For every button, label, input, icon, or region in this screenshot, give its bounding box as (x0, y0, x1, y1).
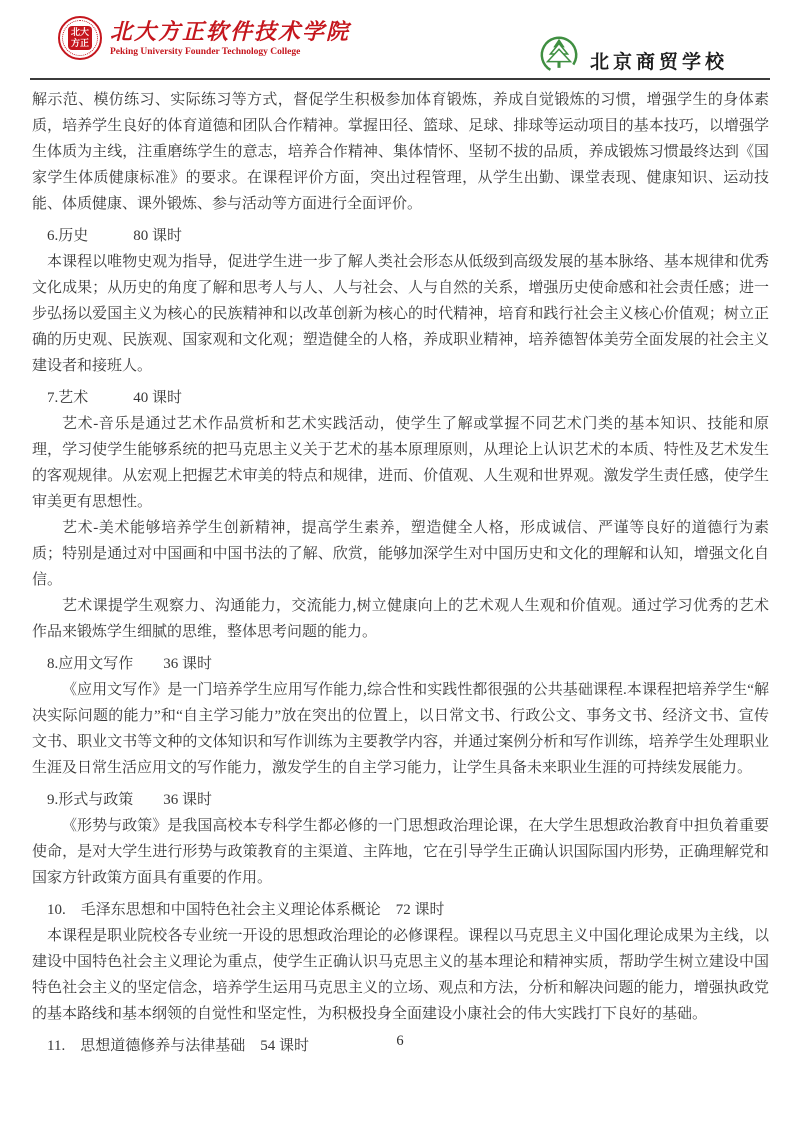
paragraph: 《应用文写作》是一门培养学生应用写作能力,综合性和实践性都很强的公共基础课程.本… (32, 677, 769, 781)
founder-seal-icon: 北大 方正 (58, 16, 102, 60)
header-divider (30, 78, 770, 80)
paragraph: 艺术课提学生观察力、沟通能力，交流能力,树立健康向上的艺术观人生观和价值观。通过… (32, 593, 769, 645)
letterhead: 北大 方正 北大方正软件技术学院 Peking University Found… (0, 0, 800, 84)
paragraph: 本课程是职业院校各专业统一开设的思想政治理论的必修课程。课程以马克思主义中国化理… (32, 923, 769, 1027)
paragraph: 艺术-美术能够培养学生创新精神，提高学生素养，塑造健全人格，形成诚信、严谨等良好… (32, 515, 769, 593)
tree-icon (538, 33, 580, 75)
document-page: 北大 方正 北大方正软件技术学院 Peking University Found… (0, 0, 800, 1131)
paragraph: 解示范、模仿练习、实际练习等方式，督促学生积极参加体育锻炼，养成自觉锻炼的习惯，… (32, 87, 769, 217)
content-blocks: 解示范、模仿练习、实际练习等方式，督促学生积极参加体育锻炼，养成自觉锻炼的习惯，… (32, 87, 769, 1059)
seal-line-2: 方正 (68, 38, 92, 49)
founder-college-name-en: Peking University Founder Technology Col… (110, 46, 350, 58)
school-name: 北京商贸学校 (590, 47, 728, 74)
course-heading: 8.应用文写作 36 课时 (32, 651, 769, 677)
course-heading: 7.艺术 40 课时 (32, 385, 769, 411)
founder-college-name-cn: 北大方正软件技术学院 (110, 20, 350, 44)
course-heading: 6.历史 80 课时 (32, 223, 769, 249)
paragraph: 艺术-音乐是通过艺术作品赏析和艺术实践活动，使学生了解或掌握不同艺术门类的基本知… (32, 411, 769, 515)
founder-college-names: 北大方正软件技术学院 Peking University Founder Tec… (110, 16, 350, 58)
seal-line-1: 北大 (68, 27, 92, 38)
beijing-trade-school-logo: 北京商贸学校 (538, 33, 728, 75)
paragraph: 《形势与政策》是我国高校本专科学生都必修的一门思想政治理论课，在大学生思想政治教… (32, 813, 769, 891)
page-footer: 6 (0, 1031, 800, 1051)
founder-college-logo: 北大 方正 北大方正软件技术学院 Peking University Found… (58, 16, 350, 60)
course-heading: 9.形式与政策 36 课时 (32, 787, 769, 813)
page-number: 6 (396, 1033, 403, 1049)
paragraph: 本课程以唯物史观为指导，促进学生进一步了解人类社会形态从低级到高级发展的基本脉络… (32, 249, 769, 379)
course-heading: 10. 毛泽东思想和中国特色社会主义理论体系概论 72 课时 (32, 897, 769, 923)
founder-seal-text: 北大 方正 (68, 26, 92, 50)
